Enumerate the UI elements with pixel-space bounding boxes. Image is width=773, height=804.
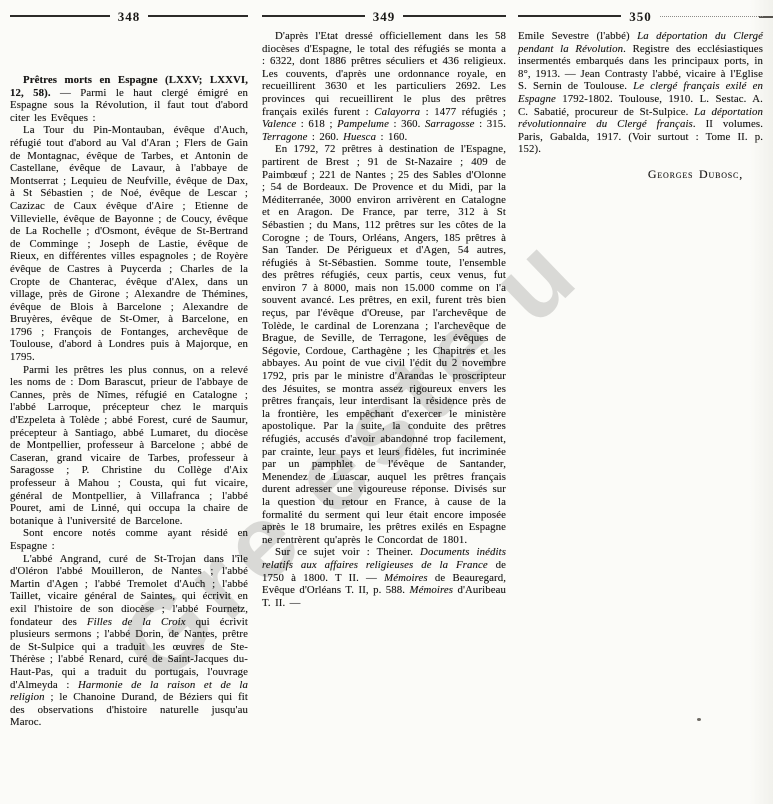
text-run: Terragone [262,131,308,143]
text-run: Calayorra [374,106,420,118]
column-body-350: Emile Sevestre (l'abbé) La déportation d… [518,30,763,181]
bishops-paragraph: La Tour du Pin-Montauban, évêque d'Auch,… [10,124,248,363]
bibliography-continued-paragraph: Emile Sevestre (l'abbé) La déportation d… [518,30,763,156]
column-page-350: 350 Emile Sevestre (l'abbé) La déportati… [518,8,763,729]
text-run: Sont encore notés comme ayant résidé en … [10,527,248,552]
text-run: En 1792, 72 prêtres à destination de l'E… [262,143,506,545]
text-run: : 360. [389,118,425,130]
header-rule-left [10,15,110,17]
header-rule-left [518,15,621,17]
bibliography-paragraph: Sur ce sujet voir : Theiner. Documents i… [262,546,506,609]
known-priests-paragraph: Parmi les prêtres les plus connus, on a … [10,364,248,528]
text-run: Pampelume [337,118,389,130]
text-run: ; le Chanoine Durand, de Béziers qui fit… [10,691,248,728]
column-page-348: 348 Prêtres morts en Espagne (LXXV; LXXV… [10,8,248,729]
scanned-book-page: Greesteu 348 Prêtres morts en Espagne (L… [0,0,773,804]
text-run: Georges Dubosc, [648,167,743,181]
text-run: Huesca [343,131,376,143]
text-run: Sur ce sujet voir : Theiner. [275,546,420,558]
text-run: Parmi les prêtres les plus connus, on a … [10,364,248,527]
header-rule-left [262,15,365,17]
column-body-349: D'après l'Etat dressé officiellement dan… [262,30,506,609]
text-run: Emile Sevestre (l'abbé) [518,30,637,42]
page-header-349: 349 [262,8,506,24]
page-header-350: 350 [518,8,763,24]
page-number-348: 348 [118,10,141,23]
header-rule-right [403,15,506,17]
column-page-349: 349 D'après l'Etat dressé officiellement… [262,8,506,729]
page-number-349: 349 [373,10,396,23]
text-run: : 160. [376,131,407,143]
text-run: Filles de la Croix [87,616,186,628]
exodus-narrative-paragraph: En 1792, 72 prêtres à destination de l'E… [262,143,506,546]
residents-list-paragraph: L'abbé Angrand, curé de St-Trojan dans l… [10,553,248,729]
page-header-348: 348 [10,8,248,24]
blank-space [10,30,248,74]
refugee-statistics-paragraph: D'après l'Etat dressé officiellement dan… [262,30,506,143]
page-number-350: 350 [629,10,652,23]
text-run: D'après l'Etat dressé officiellement dan… [262,30,506,118]
column-body-348: Prêtres morts en Espagne (LXXV; LXXVI, 1… [10,30,248,729]
text-run: Sarragosse [425,118,475,130]
text-run: : 618 ; [296,118,337,130]
text-run: La Tour du Pin-Montauban, évêque d'Auch,… [10,124,248,363]
text-run: Mémoires [384,572,428,584]
residents-intro-paragraph: Sont encore notés comme ayant résidé en … [10,527,248,552]
author-signature: Georges Dubosc, [518,168,763,181]
text-run: Mémoires [409,584,453,596]
text-run: Valence [262,118,296,130]
header-rule-right [660,16,763,17]
text-columns: 348 Prêtres morts en Espagne (LXXV; LXXV… [0,0,773,729]
text-run: : 315. [475,118,506,130]
text-run: : 260. [308,131,344,143]
text-run: : 1477 réfugiés ; [420,106,506,118]
header-rule-right [148,15,248,17]
entry-heading-paragraph: Prêtres morts en Espagne (LXXV; LXXVI, 1… [10,74,248,124]
